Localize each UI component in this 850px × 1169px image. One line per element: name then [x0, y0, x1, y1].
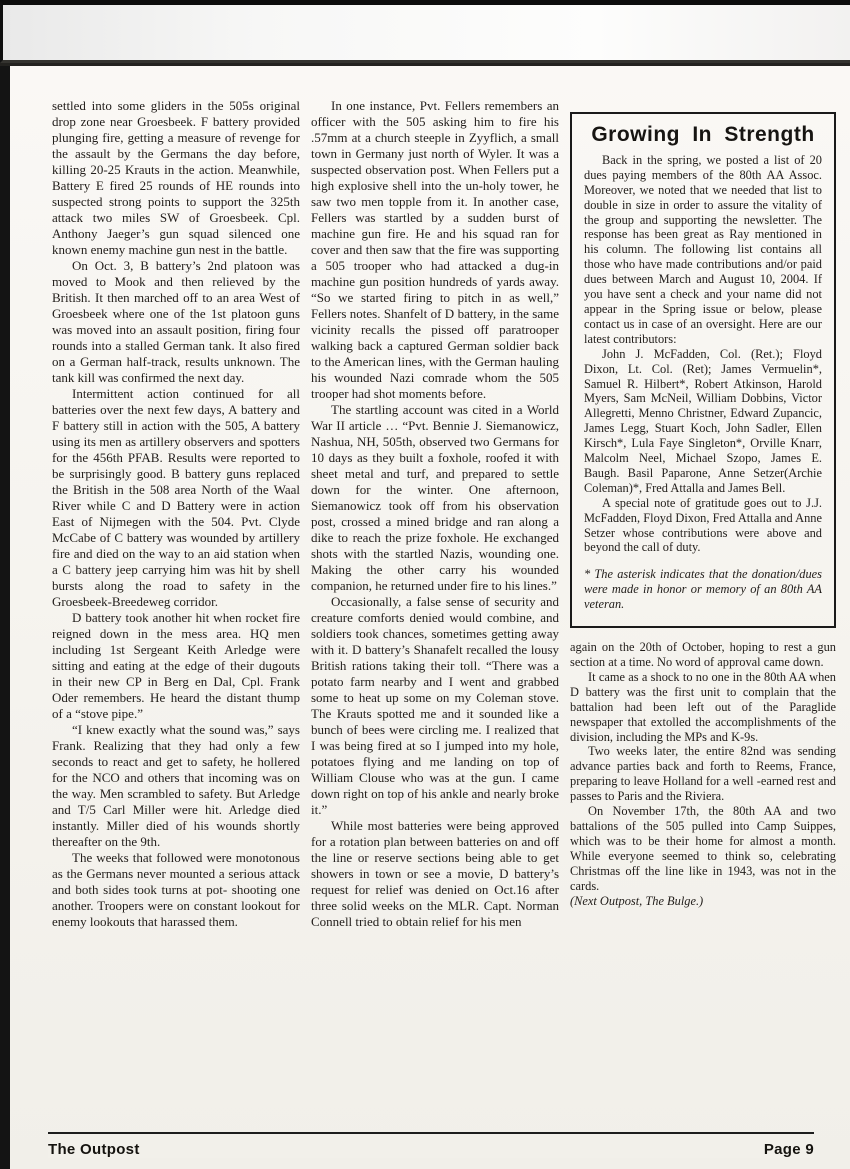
article-paragraph: The weeks that followed were monotonous … [52, 850, 300, 930]
sidebar-box-title: Growing In Strength [584, 128, 822, 143]
article-paragraph: On Oct. 3, B battery’s 2nd platoon was m… [52, 258, 300, 386]
next-issue-teaser: (Next Outpost, The Bulge.) [570, 894, 836, 909]
article-paragraph: again on the 20th of October, hoping to … [570, 640, 836, 670]
article-paragraph: settled into some gliders in the 505s or… [52, 98, 300, 258]
growing-in-strength-box: Growing In Strength Back in the spring, … [570, 112, 836, 628]
article-paragraph: “I knew exactly what the sound was,” say… [52, 722, 300, 850]
publication-name: The Outpost [48, 1141, 140, 1158]
article-column-1: settled into some gliders in the 505s or… [52, 98, 300, 930]
newsletter-page: settled into some gliders in the 505s or… [0, 66, 850, 1169]
scanned-newsletter-page: settled into some gliders in the 505s or… [0, 0, 850, 1169]
sidebar-box-paragraph: Back in the spring, we posted a list of … [584, 153, 822, 347]
article-column-3: Growing In Strength Back in the spring, … [570, 98, 836, 908]
sidebar-box-paragraph: A special note of gratitude goes out to … [584, 496, 822, 556]
article-paragraph: It came as a shock to no one in the 80th… [570, 670, 836, 745]
article-column-2: In one instance, Pvt. Fellers remembers … [311, 98, 559, 930]
page-footer: The Outpost Page 9 [48, 1132, 814, 1158]
scan-left-edge [0, 66, 10, 1169]
page-number: Page 9 [764, 1141, 814, 1158]
article-paragraph: In one instance, Pvt. Fellers remembers … [311, 98, 559, 402]
article-paragraph: The startling account was cited in a Wor… [311, 402, 559, 594]
article-paragraph: While most batteries were being approved… [311, 818, 559, 930]
sidebar-box-paragraph: John J. McFadden, Col. (Ret.); Floyd Dix… [584, 347, 822, 496]
asterisk-note: * The asterisk indicates that the donati… [584, 567, 822, 612]
scan-top-edge [0, 0, 850, 63]
article-paragraph: D battery took another hit when rocket f… [52, 610, 300, 722]
article-paragraph: Two weeks later, the entire 82nd was sen… [570, 744, 836, 804]
article-paragraph: Occasionally, a false sense of security … [311, 594, 559, 818]
article-paragraph: On November 17th, the 80th AA and two ba… [570, 804, 836, 893]
article-paragraph: Intermittent action continued for all ba… [52, 386, 300, 610]
page-content: settled into some gliders in the 505s or… [52, 98, 836, 1129]
